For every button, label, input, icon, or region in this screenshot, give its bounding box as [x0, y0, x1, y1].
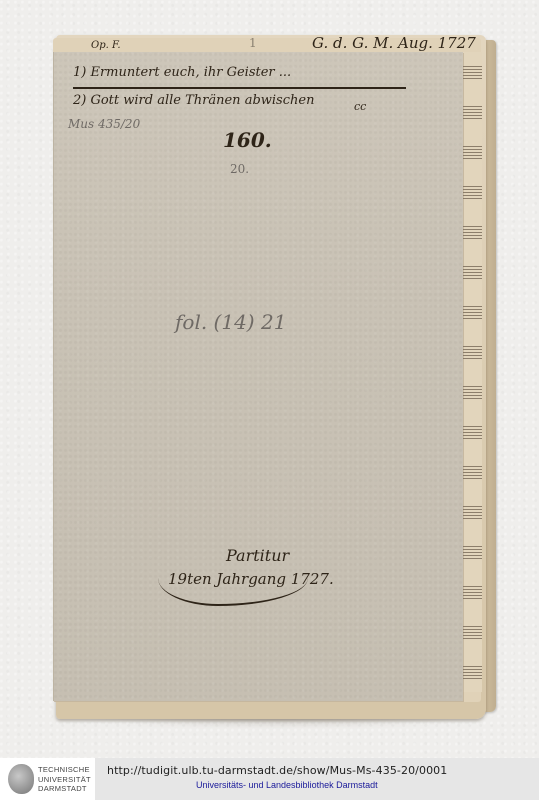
strikethrough-line: [73, 87, 406, 89]
folio-note: fol. (14) 21: [175, 310, 286, 334]
athena-head-icon: [8, 764, 34, 794]
sub-number: 20.: [230, 162, 249, 176]
work-title: 2) Gott wird alle Thränen abwischen: [73, 93, 314, 108]
tu-darmstadt-logo: TECHNISCHE UNIVERSITÄT DARMSTADT: [0, 758, 95, 800]
score-label: Partitur: [226, 546, 289, 565]
top-right-mark: G. d. G. M. Aug. 1727: [312, 34, 476, 52]
permalink-url[interactable]: http://tudigit.ulb.tu-darmstadt.de/show/…: [107, 764, 447, 777]
library-name: Universitäts- und Landesbibliothek Darms…: [196, 780, 378, 790]
footer-bar: TECHNISCHE UNIVERSITÄT DARMSTADT http://…: [0, 758, 539, 800]
shelfmark: Mus 435/20: [68, 117, 140, 131]
logo-text: TECHNISCHE UNIVERSITÄT DARMSTADT: [38, 765, 91, 794]
folio-number: 1: [249, 36, 257, 50]
struck-title: 1) Ermuntert euch, ihr Geister ...: [73, 65, 291, 80]
music-staff-edge: [462, 52, 482, 692]
manuscript-viewer: Op. F. 1 G. d. G. M. Aug. 1727 1) Ermunt…: [0, 0, 539, 758]
catalog-number: 160.: [223, 128, 272, 152]
title-suffix: cc: [354, 100, 366, 113]
top-left-mark: Op. F.: [91, 40, 121, 51]
